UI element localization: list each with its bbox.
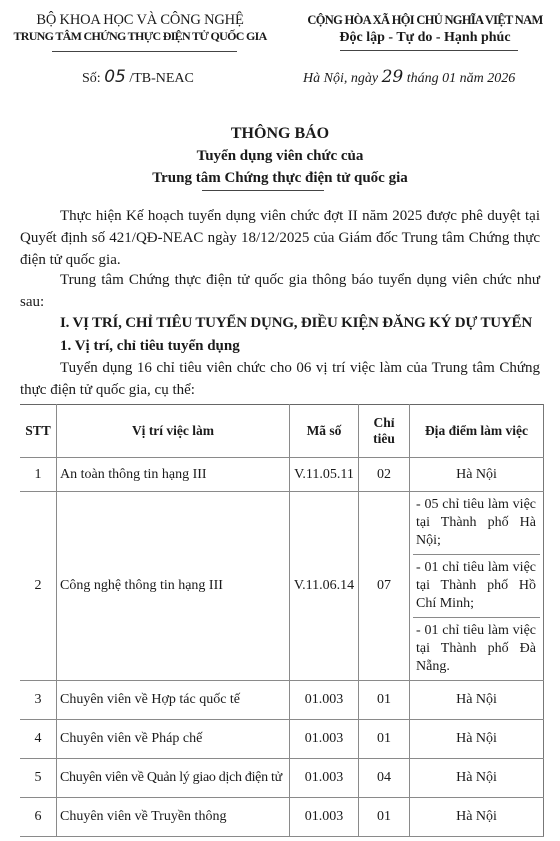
cell-stt: 3 xyxy=(20,681,57,720)
header-code: Mã số xyxy=(290,405,359,458)
cell-location: Hà Nội xyxy=(410,720,544,759)
cell-position: An toàn thông tin hạng III xyxy=(57,458,290,492)
cell-stt: 6 xyxy=(20,798,57,837)
cell-quota: 01 xyxy=(359,681,410,720)
issuer-block: BỘ KHOA HỌC VÀ CÔNG NGHỆ TRUNG TÂM CHỨNG… xyxy=(0,12,280,44)
cell-stt: 5 xyxy=(20,759,57,798)
motto-underline xyxy=(340,50,518,51)
issue-date: Hà Nội, ngày 29 tháng 01 năm 2026 xyxy=(303,67,515,87)
cell-code: 01.003 xyxy=(290,681,359,720)
date-suffix: tháng 01 năm 2026 xyxy=(407,71,516,86)
header-quota: Chỉ tiêu xyxy=(359,405,410,458)
header-stt: STT xyxy=(20,405,57,458)
table-row: 6 Chuyên viên về Truyền thông 01.003 01 … xyxy=(20,798,544,837)
document-page: BỘ KHOA HỌC VÀ CÔNG NGHỆ TRUNG TÂM CHỨNG… xyxy=(0,0,560,841)
national-motto: Độc lập - Tự do - Hạnh phúc xyxy=(290,29,560,47)
cell-quota: 07 xyxy=(359,492,410,681)
cell-position: Công nghệ thông tin hạng III xyxy=(57,492,290,681)
cell-quota: 02 xyxy=(359,458,410,492)
cell-position: Chuyên viên về Quản lý giao dịch điện tử xyxy=(57,759,290,798)
cell-code: V.11.06.14 xyxy=(290,492,359,681)
cell-position: Chuyên viên về Truyền thông xyxy=(57,798,290,837)
header-location: Địa điểm làm việc xyxy=(410,405,544,458)
issuer-underline xyxy=(52,51,237,52)
document-title-block: THÔNG BÁO Tuyển dụng viên chức của Trung… xyxy=(0,123,560,189)
paragraph-announcement: Trung tâm Chứng thực điện tử quốc gia th… xyxy=(20,269,540,313)
cell-stt: 4 xyxy=(20,720,57,759)
section-heading-1: I. VỊ TRÍ, CHỈ TIÊU TUYỂN DỤNG, ĐIỀU KIỆ… xyxy=(60,312,532,334)
cell-position: Chuyên viên về Pháp chế xyxy=(57,720,290,759)
location-item: - 05 chỉ tiêu làm việc tại Thành phố Hà … xyxy=(413,492,540,555)
cell-code: 01.003 xyxy=(290,798,359,837)
table-row: 2 Công nghệ thông tin hạng III V.11.06.1… xyxy=(20,492,544,681)
document-number: Số: 05 /TB-NEAC xyxy=(82,67,194,87)
table-header-row: STT Vị trí việc làm Mã số Chỉ tiêu Địa đ… xyxy=(20,405,544,458)
cell-location: Hà Nội xyxy=(410,458,544,492)
cell-location: Hà Nội xyxy=(410,681,544,720)
title-underline xyxy=(202,190,324,191)
cell-position: Chuyên viên về Hợp tác quốc tế xyxy=(57,681,290,720)
paragraph-quota: Tuyển dụng 16 chỉ tiêu viên chức cho 06 … xyxy=(20,357,540,401)
cell-location: Hà Nội xyxy=(410,759,544,798)
date-day-handwritten: 29 xyxy=(382,67,404,87)
title-line-1: Tuyển dụng viên chức của xyxy=(0,145,560,167)
doc-number-label: Số: xyxy=(82,71,101,86)
doc-number-handwritten: 05 xyxy=(104,67,126,87)
cell-code: 01.003 xyxy=(290,720,359,759)
table-row: 5 Chuyên viên về Quản lý giao dịch điện … xyxy=(20,759,544,798)
header-position: Vị trí việc làm xyxy=(57,405,290,458)
ministry-name: BỘ KHOA HỌC VÀ CÔNG NGHỆ xyxy=(0,12,280,29)
table-row: 4 Chuyên viên về Pháp chế 01.003 01 Hà N… xyxy=(20,720,544,759)
paragraph-basis: Thực hiện Kế hoạch tuyển dụng viên chức … xyxy=(20,205,540,271)
table-row: 3 Chuyên viên về Hợp tác quốc tế 01.003 … xyxy=(20,681,544,720)
recruitment-table: STT Vị trí việc làm Mã số Chỉ tiêu Địa đ… xyxy=(20,404,544,837)
cell-location-list: - 05 chỉ tiêu làm việc tại Thành phố Hà … xyxy=(410,492,544,681)
cell-quota: 01 xyxy=(359,798,410,837)
title-line-2: Trung tâm Chứng thực điện tử quốc gia xyxy=(0,167,560,189)
cell-location: Hà Nội xyxy=(410,798,544,837)
date-prefix: Hà Nội, ngày xyxy=(303,71,378,86)
national-heading: CỘNG HÒA XÃ HỘI CHỦ NGHĨA VIỆT NAM Độc l… xyxy=(290,12,560,47)
cell-code: 01.003 xyxy=(290,759,359,798)
republic-name: CỘNG HÒA XÃ HỘI CHỦ NGHĨA VIỆT NAM xyxy=(290,12,560,29)
table-row: 1 An toàn thông tin hạng III V.11.05.11 … xyxy=(20,458,544,492)
cell-code: V.11.05.11 xyxy=(290,458,359,492)
document-title: THÔNG BÁO xyxy=(0,123,560,145)
doc-number-suffix: /TB-NEAC xyxy=(129,71,194,86)
cell-stt: 2 xyxy=(20,492,57,681)
center-name: TRUNG TÂM CHỨNG THỰC ĐIỆN TỬ QUỐC GIA xyxy=(0,29,280,44)
cell-quota: 04 xyxy=(359,759,410,798)
cell-quota: 01 xyxy=(359,720,410,759)
subsection-heading-1: 1. Vị trí, chỉ tiêu tuyển dụng xyxy=(60,335,240,357)
cell-stt: 1 xyxy=(20,458,57,492)
location-item: - 01 chỉ tiêu làm việc tại Thành phố Hồ … xyxy=(413,555,540,618)
location-item: - 01 chỉ tiêu làm việc tại Thành phố Đà … xyxy=(413,618,540,680)
